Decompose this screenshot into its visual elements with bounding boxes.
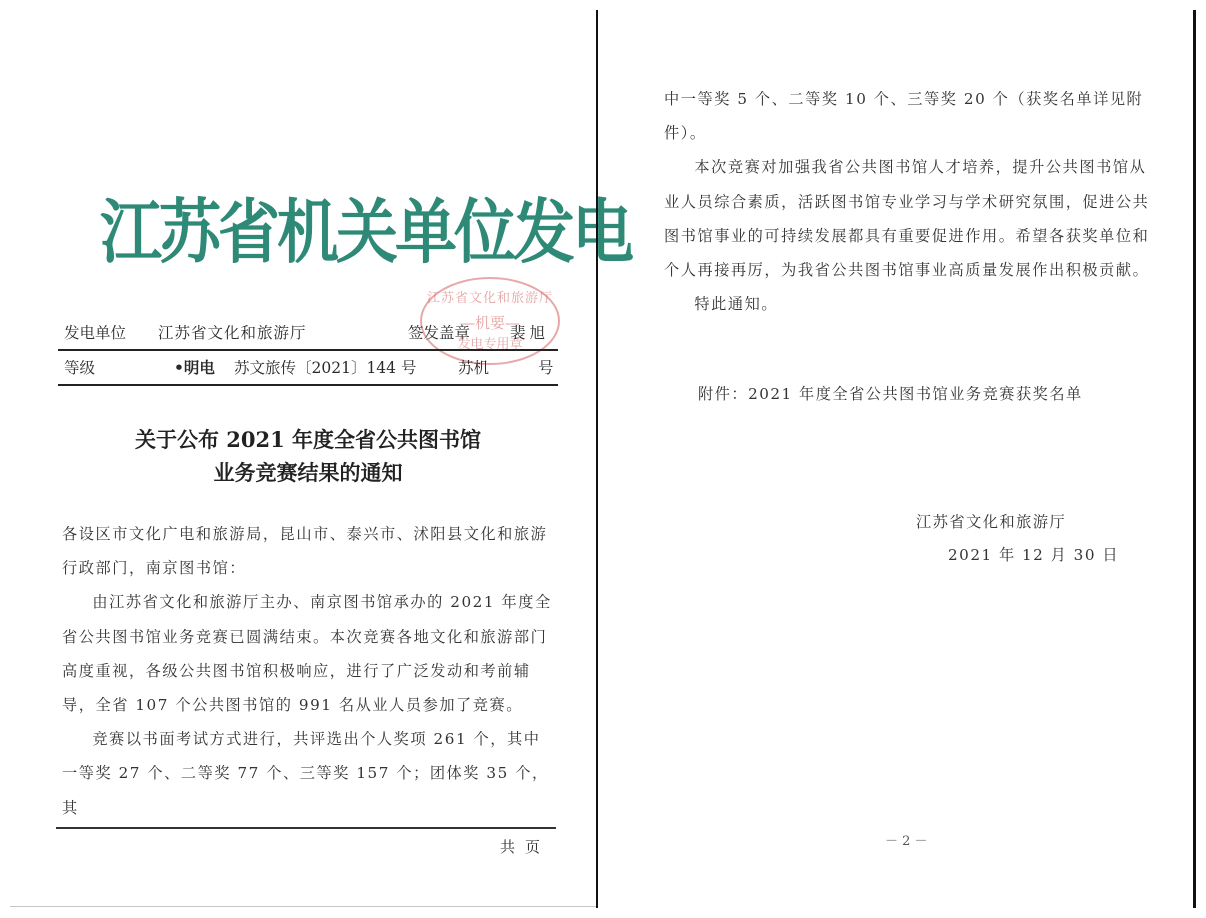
attachment-line: 附件：2021 年度全省公共图书馆业务竞赛获奖名单 <box>698 383 1083 404</box>
signer-name: 裴旭 <box>510 318 549 348</box>
paragraph-1: 由江苏省文化和旅游厅主办、南京图书馆承办的 2021 年度全省公共图书馆业务竞赛… <box>62 585 552 722</box>
notice-body-left: 各设区市文化广电和旅游局，昆山市、泰兴市、沭阳县文化和旅游行政部门，南京图书馆：… <box>62 517 552 825</box>
level-value: •明电 <box>174 353 215 383</box>
footer-rule <box>56 827 556 829</box>
su-ji-suffix: 号 <box>538 353 554 383</box>
masthead-title: 江苏省机关单位发电 <box>100 182 520 283</box>
closing: 特此通知。 <box>664 287 1154 321</box>
stamp-arc-text: 江苏省文化和旅游厅 <box>422 287 558 306</box>
header-row-level: 等级 •明电 苏文旅传〔2021〕144 号 苏机 号 <box>58 353 558 383</box>
page-right-border <box>1193 10 1196 908</box>
sender-value: 江苏省文化和旅游厅 <box>158 318 307 348</box>
paragraph-3: 本次竞赛对加强我省公共图书馆人才培养，提升公共图书馆从业人员综合素质，活跃图书馆… <box>664 150 1154 287</box>
su-ji-label: 苏机 <box>458 353 489 383</box>
notice-title-line1: 关于公布 2021 年度全省公共图书馆 <box>58 424 558 454</box>
page-left: 江苏省机关单位发电 江苏省文化和旅游厅 —机要— 发电专用章 发电单位 江苏省文… <box>0 0 597 918</box>
header-rule-2 <box>58 384 558 386</box>
footer-page-count: 共页 <box>500 836 550 857</box>
notice-title-line2: 业务竞赛结果的通知 <box>58 457 558 487</box>
doc-number: 苏文旅传〔2021〕144 号 <box>234 353 416 383</box>
level-label: 等级 <box>64 353 95 383</box>
notice-body-right: 中一等奖 5 个、二等奖 10 个、三等奖 20 个（获奖名单详见附件）。 本次… <box>664 82 1154 321</box>
salutation: 各设区市文化广电和旅游局，昆山市、泰兴市、沭阳县文化和旅游行政部门，南京图书馆： <box>62 517 552 585</box>
issue-date: 2021 年 12 月 30 日 <box>948 544 1119 565</box>
signatory: 江苏省文化和旅游厅 <box>916 511 1066 532</box>
page-number: － 2 － <box>885 830 928 849</box>
page-bottom-edge <box>10 906 596 907</box>
page-right: 中一等奖 5 个、二等奖 10 个、三等奖 20 个（获奖名单详见附件）。 本次… <box>598 0 1193 918</box>
header-row-sender: 发电单位 江苏省文化和旅游厅 签发盖章 裴旭 <box>58 318 558 348</box>
sign-label: 签发盖章 <box>408 318 470 348</box>
sender-label: 发电单位 <box>64 318 126 348</box>
paragraph-2-continued: 中一等奖 5 个、二等奖 10 个、三等奖 20 个（获奖名单详见附件）。 <box>664 82 1154 150</box>
header-rule-1 <box>58 349 558 351</box>
paragraph-2: 竞赛以书面考试方式进行，共评选出个人奖项 261 个，其中一等奖 27 个、二等… <box>62 722 552 825</box>
